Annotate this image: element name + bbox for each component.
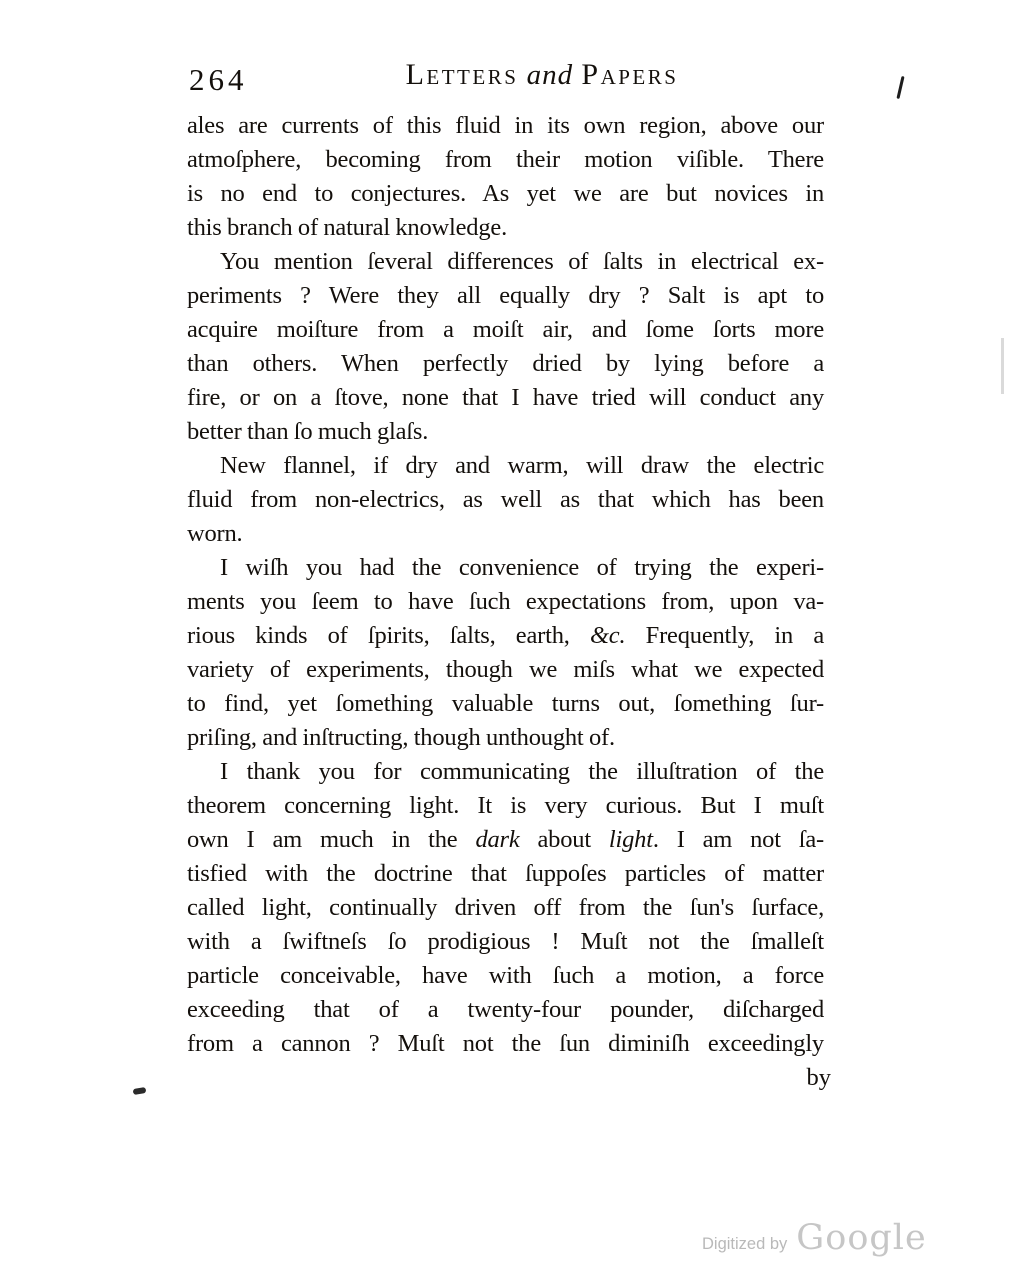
text-segment: better than ſo much glaſs.: [187, 418, 428, 445]
text-segment: rious kinds of ſpirits, ſalts, earth,: [187, 622, 590, 649]
text-segment: dark: [475, 826, 519, 853]
text-line: atmoſphere, becoming from their motion v…: [187, 143, 824, 177]
text-segment: New flannel, if dry and warm, will draw …: [220, 452, 824, 479]
text-segment: priſing, and inſtructing, though unthoug…: [187, 724, 615, 751]
text-line: with a ſwiftneſs ſo prodigious ! Muſt no…: [187, 925, 824, 959]
text-segment: about: [520, 826, 609, 853]
text-line: ales are currents of this fluid in its o…: [187, 109, 824, 143]
text-line: tisfied with the doctrine that ſuppoſes …: [187, 857, 824, 891]
text-segment: Papers: [581, 58, 678, 91]
text-segment: than others. When perfectly dried by lyi…: [187, 350, 824, 377]
text-segment: tisfied with the doctrine that ſuppoſes …: [187, 860, 824, 887]
paragraph: ales are currents of this fluid in its o…: [187, 109, 824, 245]
watermark-prefix: Digitized by: [702, 1235, 787, 1254]
pen-mark-artifact: [896, 76, 904, 99]
text-segment: acquire moiſture from a moiſt air, and ſ…: [187, 316, 824, 343]
paragraph: I thank you for communicating the illuſt…: [187, 755, 824, 1061]
page-header: 264 Letters and Papers: [187, 58, 827, 104]
text-segment: from a cannon ? Muſt not the ſun diminiſ…: [187, 1030, 824, 1057]
text-line: theorem concerning light. It is very cur…: [187, 789, 824, 823]
text-line: ments you ſeem to have ſuch expectations…: [187, 585, 824, 619]
text-segment: &c.: [590, 622, 625, 649]
text-line: worn.: [187, 517, 824, 551]
text-line: I wiſh you had the convenience of trying…: [187, 551, 824, 585]
text-line: to find, yet ſomething valuable turns ou…: [187, 687, 824, 721]
text-line: called light, continually driven off fro…: [187, 891, 824, 925]
text-line: better than ſo much glaſs.: [187, 415, 824, 449]
text-segment: ales are currents of this fluid in its o…: [187, 112, 824, 139]
text-line: I thank you for communicating the illuſt…: [187, 755, 824, 789]
text-line: priſing, and inſtructing, though unthoug…: [187, 721, 824, 755]
text-line: variety of experiments, though we miſs w…: [187, 653, 824, 687]
page-number: 264: [189, 62, 248, 98]
text-segment: worn.: [187, 520, 242, 547]
paragraph: New flannel, if dry and warm, will draw …: [187, 449, 824, 551]
text-segment: I wiſh you had the convenience of trying…: [220, 554, 824, 581]
text-segment: is no end to conjectures. As yet we are …: [187, 180, 824, 207]
text-line: this branch of natural knowledge.: [187, 211, 824, 245]
text-segment: particle conceivable, have with ſuch a m…: [187, 962, 824, 989]
text-segment: this branch of natural knowledge.: [187, 214, 507, 241]
digitized-by-google-watermark: Digitized by Google: [702, 1218, 927, 1258]
text-segment: Frequently, in a: [625, 622, 824, 649]
text-line: particle conceivable, have with ſuch a m…: [187, 959, 824, 993]
text-segment: . I am not ſa-: [653, 826, 824, 853]
text-segment: to find, yet ſomething valuable turns ou…: [187, 690, 824, 717]
text-segment: with a ſwiftneſs ſo prodigious ! Muſt no…: [187, 928, 824, 955]
text-line: rious kinds of ſpirits, ſalts, earth, &c…: [187, 619, 824, 653]
text-segment: periments ? Were they all equally dry ? …: [187, 282, 824, 309]
text-segment: theorem concerning light. It is very cur…: [187, 792, 824, 819]
text-segment: fire, or on a ſtove, none that I have tr…: [187, 384, 824, 411]
text-line: is no end to conjectures. As yet we are …: [187, 177, 824, 211]
text-line: New flannel, if dry and warm, will draw …: [187, 449, 824, 483]
paragraph: You mention ſeveral differences of ſalts…: [187, 245, 824, 449]
text-line: than others. When perfectly dried by lyi…: [187, 347, 824, 381]
text-segment: variety of experiments, though we miſs w…: [187, 656, 824, 683]
text-segment: exceeding that of a twenty-four pounder,…: [187, 996, 824, 1023]
text-segment: ments you ſeem to have ſuch expectations…: [187, 588, 824, 615]
text-segment: light: [609, 826, 653, 853]
text-line: You mention ſeveral differences of ſalts…: [187, 245, 824, 279]
catchword: by: [807, 1064, 832, 1091]
catchword-row: by: [187, 1061, 831, 1095]
text-segment: fluid from non-electrics, as well as tha…: [187, 486, 824, 513]
text-line: periments ? Were they all equally dry ? …: [187, 279, 824, 313]
text-segment: Letters: [406, 58, 519, 91]
page-text: ales are currents of this fluid in its o…: [187, 109, 824, 1061]
scan-edge-artifact: [1001, 338, 1004, 394]
text-line: fluid from non-electrics, as well as tha…: [187, 483, 824, 517]
text-line: acquire moiſture from a moiſt air, and ſ…: [187, 313, 824, 347]
text-segment: You mention ſeveral differences of ſalts…: [220, 248, 824, 275]
text-line: exceeding that of a twenty-four pounder,…: [187, 993, 824, 1027]
ink-mark-artifact: [133, 1087, 147, 1095]
text-line: own I am much in the dark about light. I…: [187, 823, 824, 857]
text-line: fire, or on a ſtove, none that I have tr…: [187, 381, 824, 415]
text-line: from a cannon ? Muſt not the ſun diminiſ…: [187, 1027, 824, 1061]
text-segment: called light, continually driven off fro…: [187, 894, 824, 921]
running-title: Letters and Papers: [257, 58, 827, 92]
text-segment: I thank you for communicating the illuſt…: [220, 758, 824, 785]
book-page-scan: 264 Letters and Papers ales are currents…: [0, 0, 1014, 1282]
text-segment: and: [518, 59, 581, 91]
paragraph: I wiſh you had the convenience of trying…: [187, 551, 824, 755]
text-segment: own I am much in the: [187, 826, 475, 853]
google-logo: Google: [796, 1218, 926, 1258]
text-segment: atmoſphere, becoming from their motion v…: [187, 146, 824, 173]
